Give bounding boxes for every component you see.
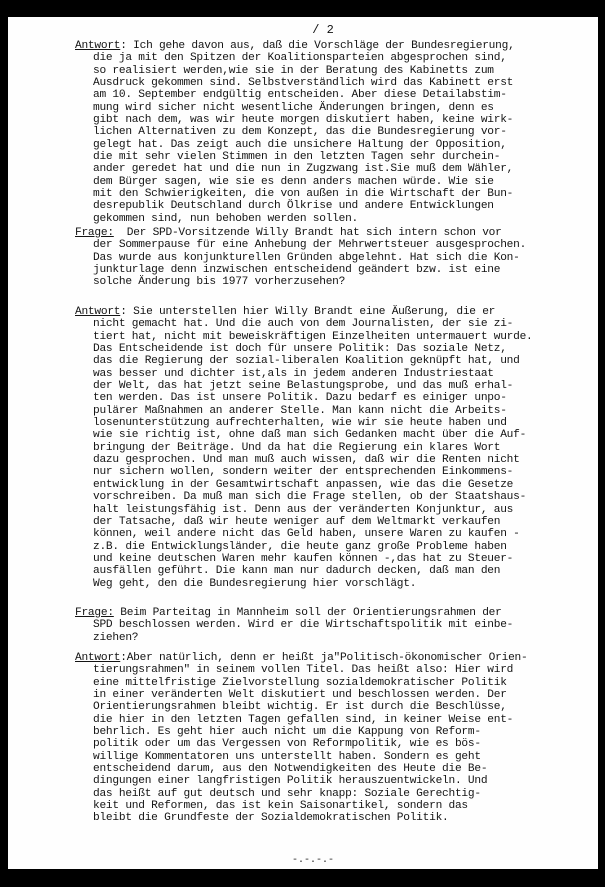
text-line: dem Bürger sagen, wie sie es denn anders… — [75, 176, 595, 188]
text-line: keit und Reformen, das ist kein Saisonar… — [75, 800, 595, 812]
answer-label: Antwort — [75, 652, 120, 664]
text-line: der Tatsache, daß wir heute weniger auf … — [75, 516, 595, 528]
text-line: bringung der Beiträge. Und da hat die Re… — [75, 442, 595, 454]
text-line: gibt nach dem, was wir heute morgen disk… — [75, 114, 595, 126]
question-block: Frage: Der SPD-Vorsitzende Willy Brandt … — [75, 227, 595, 289]
first-line: Antwort:Aber natürlich, denn er heißt ja… — [75, 652, 595, 664]
text-line: SPD beschlossen werden. Wird er die Wirt… — [75, 619, 595, 631]
first-line: Frage: Der SPD-Vorsitzende Willy Brandt … — [75, 227, 595, 239]
text-line: bleibt die Grundfeste der Sozialdemokrat… — [75, 812, 595, 824]
text-line: losenunterstützung aufrechterhalten, wie… — [75, 417, 595, 429]
text-line: willige Kommentatoren uns unterstellt ha… — [75, 751, 595, 763]
text-line: z.B. die Entwicklungsländer, die heute g… — [75, 541, 595, 553]
text-line: können, weil andere nicht das Geld haben… — [75, 528, 595, 540]
text-line: behrlich. Es geht hier auch nicht um die… — [75, 726, 595, 738]
text-line: vorschreiben. Da muß man sich die Frage … — [75, 491, 595, 503]
text-line: nicht gemacht hat. Und die auch von dem … — [75, 318, 595, 330]
text-line: das heißt auf gut deutsch und sehr knapp… — [75, 788, 595, 800]
text-line: solche Änderung bis 1977 vorherzusehen? — [75, 276, 595, 288]
text-line: am 10. September endgültig entscheiden. … — [75, 89, 595, 101]
question-block: Frage: Beim Parteitag in Mannheim soll d… — [75, 607, 595, 644]
text-line: so realisiert werden,wie sie in der Bera… — [75, 65, 595, 77]
text-line: die ja mit den Spitzen der Koalitionspar… — [75, 52, 595, 64]
text-line: ander geredet hat und die nun in Zugzwan… — [75, 163, 595, 175]
text-line: dazu gesprochen. Und man muß auch wissen… — [75, 454, 595, 466]
answer-block: Antwort: Sie unterstellen hier Willy Bra… — [75, 306, 595, 590]
first-line-text: :Aber natürlich, denn er heißt ja"Politi… — [120, 652, 527, 664]
document-page: / 2 Antwort: Ich gehe davon aus, daß die… — [8, 17, 598, 869]
text-line: die mit sehr vielen Stimmen in den letzt… — [75, 151, 595, 163]
text-line: eine mittelfristige Zielvorstellung sozi… — [75, 677, 595, 689]
text-line: desrepublik Deutschland durch Ölkrise un… — [75, 200, 595, 212]
first-line-text: Der SPD-Vorsitzende Willy Brandt hat sic… — [114, 227, 502, 239]
text-line: und keine deutschen Waren mehr kaufen kö… — [75, 553, 595, 565]
text-line: lichen Alternativen zu dem Konzept, das … — [75, 126, 595, 138]
text-line: gelegt hat. Das zeigt auch die unsichere… — [75, 139, 595, 151]
first-line: Frage: Beim Parteitag in Mannheim soll d… — [75, 607, 595, 619]
text-line: ten werden. Das ist unsere Politik. Dazu… — [75, 392, 595, 404]
first-line-text: Beim Parteitag in Mannheim soll der Orie… — [114, 607, 502, 619]
answer-block: Antwort: Ich gehe davon aus, daß die Vor… — [75, 40, 595, 225]
text-line: junkturlage denn inzwischen entscheidend… — [75, 264, 595, 276]
text-line: pulärer Maßnahmen an anderer Stelle. Man… — [75, 405, 595, 417]
page-number: / 2 — [8, 23, 598, 37]
text-line: gekommen sind, nun behoben werden sollen… — [75, 213, 595, 225]
first-line: Antwort: Ich gehe davon aus, daß die Vor… — [75, 40, 595, 52]
end-mark: -.-.-.- — [8, 855, 598, 866]
text-line: tiert hat, nicht mit beweiskräftigen Ein… — [75, 331, 595, 343]
text-line: wie sie richtig ist, ohne daß man sich G… — [75, 429, 595, 441]
text-line: mung wird sicher nicht wesentliche Änder… — [75, 102, 595, 114]
text-line: nur sichern wollen, sondern weiter der e… — [75, 466, 595, 478]
text-line: Das wurde aus konjunkturellen Gründen ab… — [75, 252, 595, 264]
first-line-text: : Ich gehe davon aus, daß die Vorschläge… — [120, 40, 514, 52]
text-line: ausfällen geführt. Die kann man nur dadu… — [75, 565, 595, 577]
text-line: entscheidend darum, aus den Notwendigkei… — [75, 763, 595, 775]
text-line: entwicklung in der Gesamtwirtschaft anpa… — [75, 479, 595, 491]
text-line: ziehen? — [75, 632, 595, 644]
text-line: tierungsrahmen" in seinem vollen Titel. … — [75, 664, 595, 676]
text-line: Das Entscheidende ist doch für unsere Po… — [75, 343, 595, 355]
text-line: das die Regierung der sozial-liberalen K… — [75, 355, 595, 367]
answer-label: Antwort — [75, 306, 120, 318]
text-line: dingungen einer langfristigen Politik he… — [75, 775, 595, 787]
text-line: was besser und dichter ist,als in jedem … — [75, 368, 595, 380]
text-line: in einer veränderten Welt diskutiert und… — [75, 689, 595, 701]
text-line: Orientierungsrahmen bleibt wichtig. Er i… — [75, 701, 595, 713]
text-line: die hier in den letzten Tagen gefallen s… — [75, 714, 595, 726]
first-line: Antwort: Sie unterstellen hier Willy Bra… — [75, 306, 595, 318]
question-label: Frage: — [75, 227, 114, 239]
text-line: halt leistungsfähig ist. Denn aus der ve… — [75, 504, 595, 516]
text-line: Ausdruck gekommen sind. Selbstverständli… — [75, 77, 595, 89]
text-line: Weg geht, den die Bundesregierung hier v… — [75, 578, 595, 590]
text-line: der Sommerpause für eine Anhebung der Me… — [75, 239, 595, 251]
answer-block: Antwort:Aber natürlich, denn er heißt ja… — [75, 652, 595, 825]
text-line: politik oder um das Vergessen von Reform… — [75, 738, 595, 750]
text-line: der Welt, das hat jetzt seine Belastungs… — [75, 380, 595, 392]
question-label: Frage: — [75, 607, 114, 619]
first-line-text: : Sie unterstellen hier Willy Brandt ein… — [120, 306, 495, 318]
text-line: mit den Schwierigkeiten, die von außen i… — [75, 188, 595, 200]
answer-label: Antwort — [75, 40, 120, 52]
